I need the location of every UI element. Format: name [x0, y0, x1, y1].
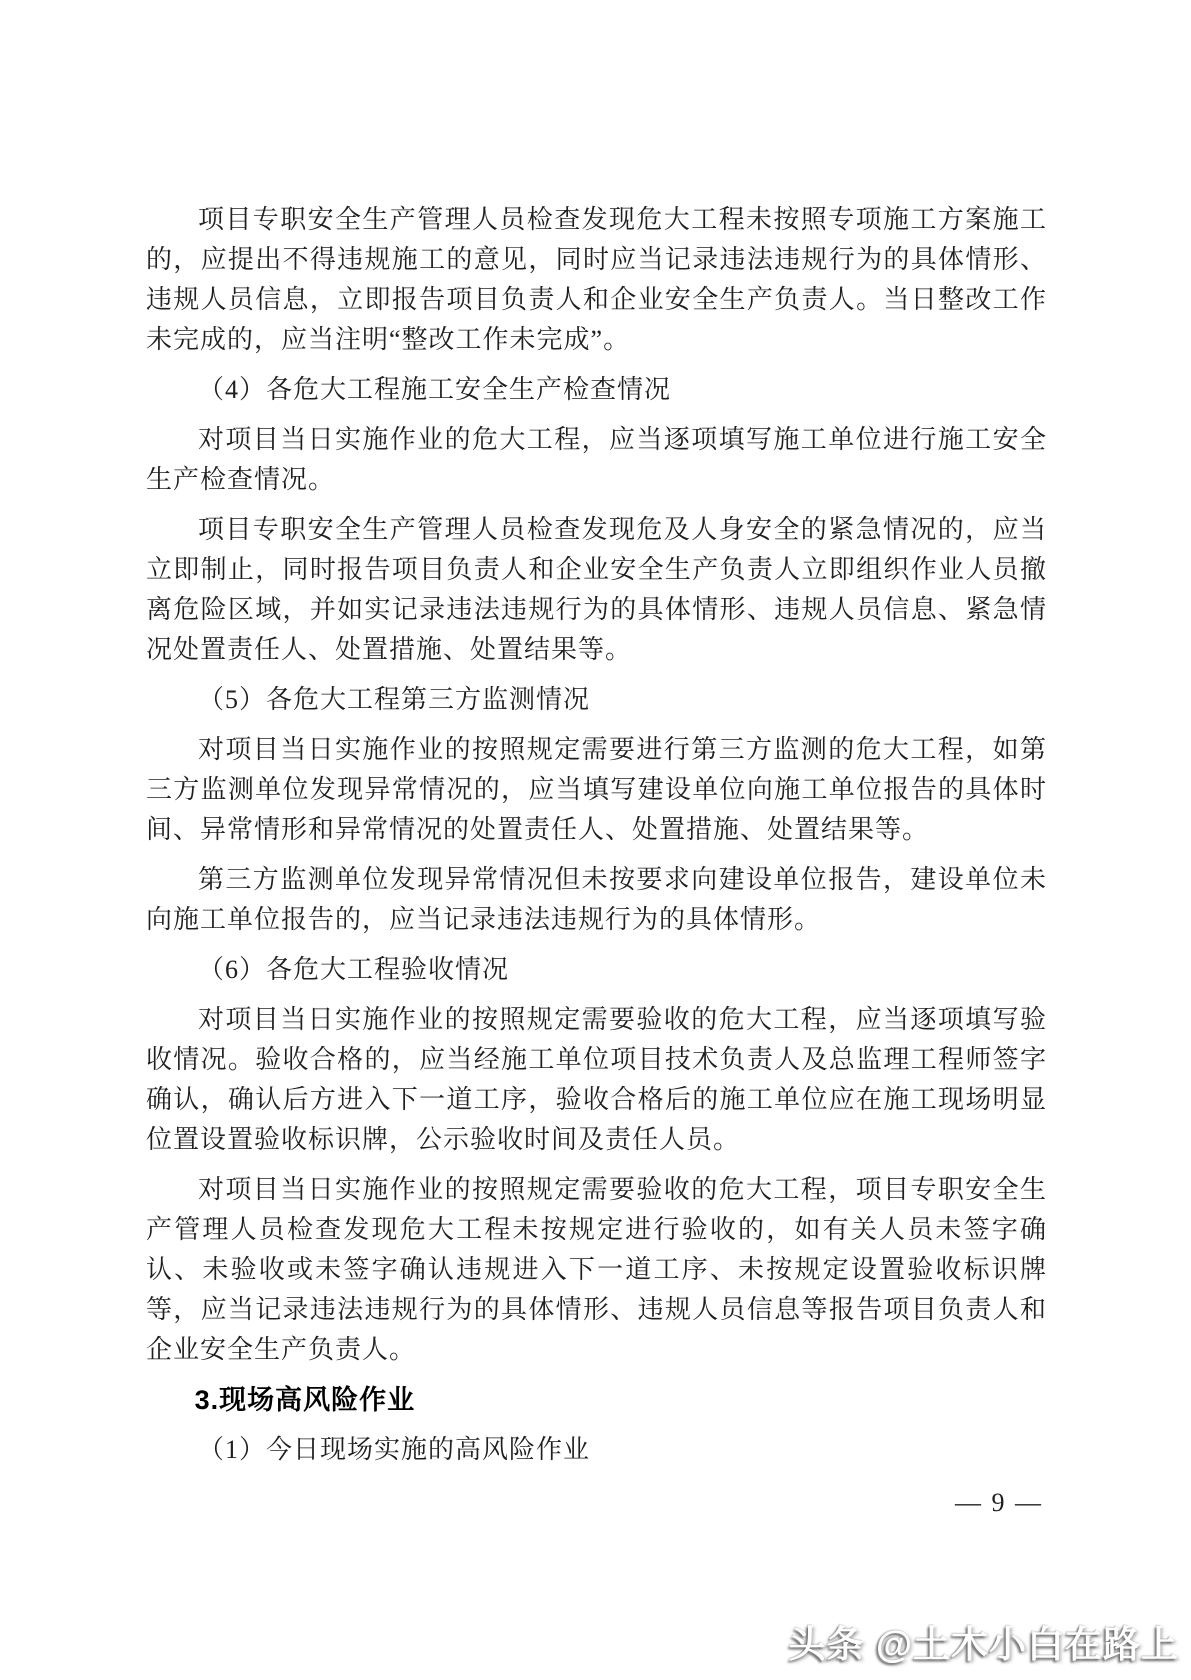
numbered-heading-4: （4）各危大工程施工安全生产检查情况 [146, 370, 1047, 410]
document-body: 项目专职安全生产管理人员检查发现危大工程未按照专项施工方案施工的，应提出不得违规… [146, 200, 1047, 1480]
paragraph: 对项目当日实施作业的按照规定需要验收的危大工程，项目专职安全生产管理人员检查发现… [146, 1170, 1047, 1370]
numbered-heading-1: （1）今日现场实施的高风险作业 [146, 1430, 1047, 1470]
numbered-heading-5: （5）各危大工程第三方监测情况 [146, 680, 1047, 720]
page-number: — 9 — [955, 1488, 1043, 1518]
numbered-heading-6: （6）各危大工程验收情况 [146, 950, 1047, 990]
document-page: 项目专职安全生产管理人员检查发现危大工程未按照专项施工方案施工的，应提出不得违规… [0, 0, 1191, 1680]
paragraph: 第三方监测单位发现异常情况但未按要求向建设单位报告，建设单位未向施工单位报告的，… [146, 860, 1047, 940]
paragraph: 对项目当日实施作业的危大工程，应当逐项填写施工单位进行施工安全生产检查情况。 [146, 420, 1047, 500]
paragraph: 对项目当日实施作业的按照规定需要进行第三方监测的危大工程，如第三方监测单位发现异… [146, 730, 1047, 850]
toutiao-watermark: 头条 @土木小白在路上 [789, 1614, 1179, 1668]
paragraph: 项目专职安全生产管理人员检查发现危大工程未按照专项施工方案施工的，应提出不得违规… [146, 200, 1047, 360]
paragraph: 项目专职安全生产管理人员检查发现危及人身安全的紧急情况的，应当立即制止，同时报告… [146, 510, 1047, 670]
section-heading-3: 3.现场高风险作业 [146, 1380, 1047, 1420]
paragraph: 对项目当日实施作业的按照规定需要验收的危大工程，应当逐项填写验收情况。验收合格的… [146, 1000, 1047, 1160]
